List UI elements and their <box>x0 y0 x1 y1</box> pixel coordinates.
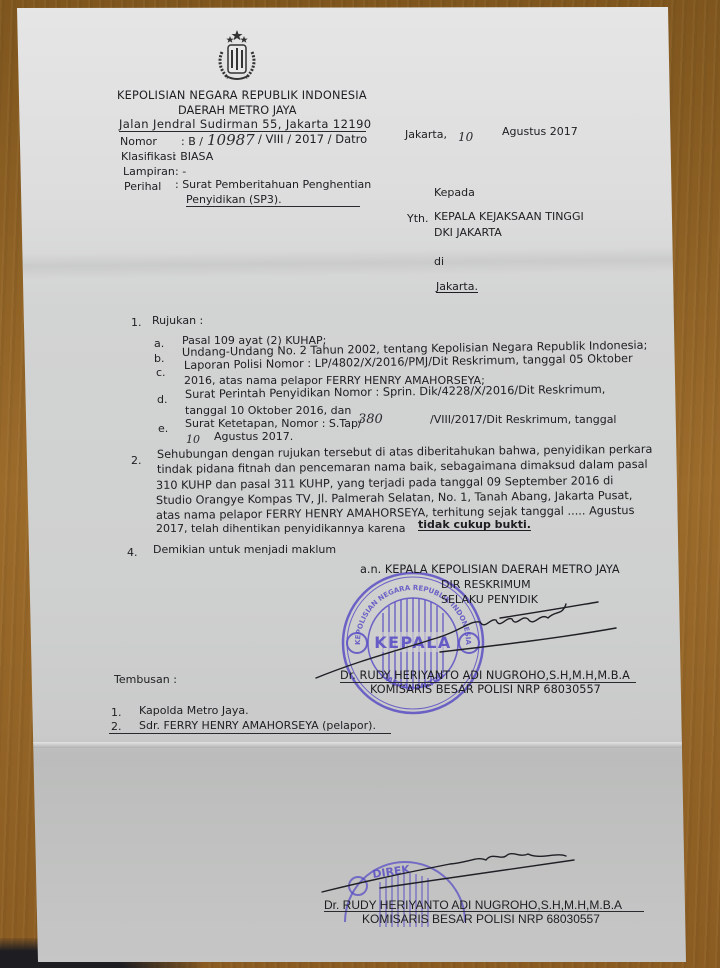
klasifikasi-label: Klasifikasi <box>121 151 175 162</box>
lampiran-value: : - <box>175 166 186 177</box>
section4-text: Demikian untuk menjadi maklum <box>153 544 336 555</box>
item-e-text-1: Surat Ketetapan, Nomor : S.Tap/ <box>185 418 362 429</box>
section2-emphasis: tidak cukup bukti. <box>418 519 531 530</box>
svg-text:DIREK: DIREK <box>372 863 412 881</box>
signatory-name: Dr. RUDY HERIYANTO ADI NUGROHO,S.H,M.H,M… <box>340 670 630 681</box>
perihal-underline <box>186 206 360 207</box>
org-region: DAERAH METRO JAYA <box>178 105 296 116</box>
svg-text:KEPALA: KEPALA <box>374 633 452 652</box>
section4-number: 4. <box>127 547 138 558</box>
tembusan-label: Tembusan : <box>114 674 177 685</box>
klasifikasi-value: : BIASA <box>173 151 213 162</box>
item-d-letter: d. <box>157 394 167 405</box>
section2-line: atas nama pelapor FERRY HENRY AMAHORSEYA… <box>156 505 635 521</box>
signatory-rank: KOMISARIS BESAR POLISI NRP 68030557 <box>370 684 601 695</box>
item-b-letter: b. <box>154 353 164 364</box>
item-e-handwritten-day: 10 <box>186 434 200 445</box>
signature-on-behalf: a.n. KEPALA KEPOLISIAN DAERAH METRO JAYA <box>360 564 620 575</box>
recipient-yth: Yth. <box>407 213 429 224</box>
item-e-letter: e. <box>158 423 168 434</box>
recipient-city: Jakarta. <box>436 281 478 292</box>
nomor-prefix: : B / <box>181 136 203 147</box>
section2-line: 2017, telah dihentikan penyidikannya kar… <box>156 523 405 534</box>
recipient-line2: DKI JAKARTA <box>434 227 502 238</box>
recipient-kepada: Kepada <box>434 187 475 198</box>
org-name: KEPOLISIAN NEGARA REPUBLIK INDONESIA <box>117 90 367 101</box>
tembusan-underline <box>109 733 391 734</box>
recipient-line1: KEPALA KEJAKSAAN TINGGI <box>434 211 584 222</box>
tembusan-item: Sdr. FERRY HENRY AMAHORSEYA (pelapor). <box>139 720 376 731</box>
document: KEPOLISIAN NEGARA REPUBLIK INDONESIA DAE… <box>0 0 720 968</box>
item-a-letter: a. <box>154 338 164 349</box>
lower-signatory-rank: KOMISARIS BESAR POLISI NRP 68030557 <box>362 913 600 925</box>
perihal-line2: Penyidikan (SP3). <box>186 194 282 205</box>
lampiran-label: Lampiran <box>123 166 175 177</box>
nomor-label: Nomor <box>120 136 157 147</box>
date-month-year: Agustus 2017 <box>502 126 578 137</box>
section2-number: 2. <box>131 455 142 466</box>
signature-position: DIR RESKRIMUM <box>441 579 531 590</box>
item-d-text-1: Surat Perintah Penyidikan Nomor : Sprin.… <box>185 384 605 400</box>
tembusan-item: Kapolda Metro Jaya. <box>139 705 249 716</box>
perihal-line1: : Surat Pemberitahuan Penghentian <box>175 179 371 190</box>
item-e-text-2: Agustus 2017. <box>214 431 293 442</box>
signature-role: SELAKU PENYIDIK <box>441 594 538 605</box>
tembusan-number: 2. <box>111 721 122 732</box>
date-day-handwritten: 10 <box>458 131 473 143</box>
section2-line: 310 KUHP dan pasal 311 KUHP, yang terjad… <box>156 475 613 491</box>
item-c-letter: c. <box>156 367 166 378</box>
date-city: Jakarta, <box>405 129 447 140</box>
tembusan-number: 1. <box>111 707 122 718</box>
nomor-handwritten: 10987 <box>207 133 255 148</box>
perihal-label: Perihal <box>124 181 161 192</box>
nomor-suffix: / VIII / 2017 / Datro <box>258 134 367 146</box>
item-e-suffix: /VIII/2017/Dit Reskrimum, tanggal <box>430 414 616 425</box>
item-e-handwritten-num: 380 <box>358 413 383 426</box>
section1-title: Rujukan : <box>152 315 203 326</box>
police-emblem-icon <box>208 28 266 84</box>
section1-number: 1. <box>131 317 142 328</box>
lower-signatory-name: Dr. RUDY HERIYANTO ADI NUGROHO,S.H,M.H,M… <box>324 899 622 911</box>
item-d-text-2: tanggal 10 Oktober 2016, dan <box>185 405 351 416</box>
recipient-di: di <box>434 256 444 267</box>
org-address: Jalan Jendral Sudirman 55, Jakarta 12190 <box>119 119 372 131</box>
section2-line: tindak pidana fitnah dan pencemaran nama… <box>157 459 648 475</box>
